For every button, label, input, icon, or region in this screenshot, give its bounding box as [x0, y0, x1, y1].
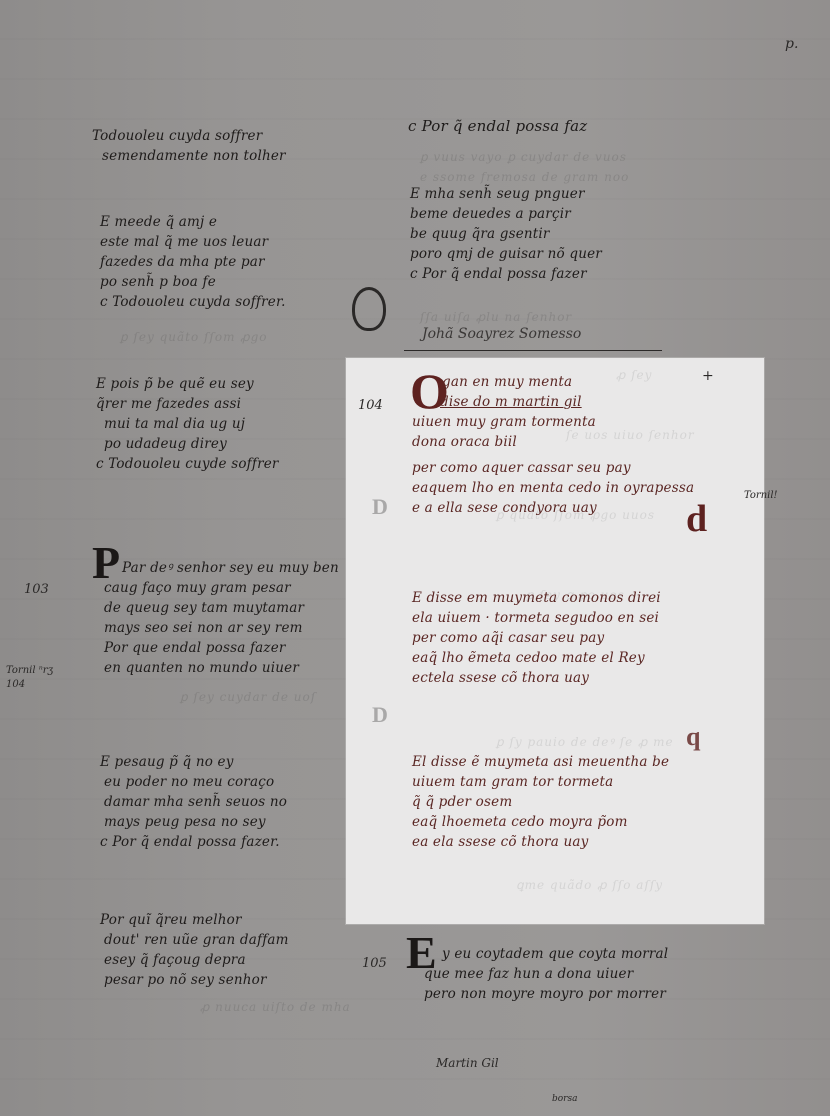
- right-stanza-1: c Por q̃ endal possa faz: [408, 116, 587, 136]
- left-stanza-3: E pois p̃ be quẽ eu sey q̃rer me fazedes…: [96, 374, 279, 474]
- verse-line: damar mha senh̃ seuos no: [104, 792, 287, 812]
- verse-line: po senh̃ p boa fe: [100, 272, 286, 292]
- highlight-stanza-3: El disse ẽ muymeta asi meuentha be uiuem…: [412, 752, 669, 852]
- verse-line: be quug q̃ra gsentir: [410, 224, 602, 244]
- red-initial-q: q: [686, 724, 700, 750]
- verse-line: E mha senh̃ seug pnguer: [410, 184, 602, 204]
- right-stanza-2: E mha senh̃ seug pnguer beme deuedes a p…: [410, 184, 602, 284]
- highlight-stanza-2: E disse em muymeta comonos direi ela uiu…: [412, 588, 661, 688]
- manuscript-page: ꝑ vuus vayo ꝑ cuydar de vuos e ssome fre…: [0, 0, 830, 1116]
- verse-line: uiuen muy gram tormenta: [412, 412, 694, 432]
- verse-line: c Por q̃ endal possa fazer.: [100, 832, 287, 852]
- margin-note: Tornil ⁿrʒ 104: [6, 664, 72, 692]
- verse-line: Por quĩ q̃reu melhor: [100, 910, 289, 930]
- bleed-through-text: ꝑ ſy pauio de deꝰ ſe ꝓ me: [496, 733, 674, 750]
- verse-line: esey q̃ façoug depra: [104, 950, 289, 970]
- margin-note: Tornil!: [744, 490, 778, 501]
- verse-line: Por que endal possa fazer: [104, 638, 339, 658]
- verse-line: poro qmj de guisar nõ quer: [410, 244, 602, 264]
- verse-line: po udadeug direy: [104, 434, 279, 454]
- verse-line: c Por q̃ endal possa faz: [408, 116, 587, 136]
- left-stanza-6: Por quĩ q̃reu melhor dout' ren uũe gran …: [100, 910, 289, 990]
- verse-line: Todouoleu cuyda soffrer: [92, 126, 286, 146]
- poem-number: 103: [24, 582, 49, 597]
- verse-line: per como aquer cassar seu pay: [412, 458, 694, 478]
- author-rubric: Johã Soayrez Somesso: [422, 326, 581, 342]
- verse-line: semendamente non tolher: [102, 146, 286, 166]
- signature-note: Martin Gil: [436, 1056, 499, 1070]
- verse-line: E pois p̃ be quẽ eu sey: [96, 374, 279, 394]
- verse-line: mays peug pesa no sey: [104, 812, 287, 832]
- bleed-through-text: ꝗme quãdo ꝓ ſſo aſſy: [516, 878, 663, 892]
- verse-line: ela uiuem · tormeta segudoo en sei: [412, 608, 661, 628]
- bottom-right-stanza: y eu coytadem que coyta morral que mee f…: [424, 944, 668, 1004]
- verse-line: caug faço muy gram pesar: [104, 578, 339, 598]
- bleed-through-text: ꝑ ſey cuydar de uoſ: [180, 690, 316, 704]
- verse-line: E pesaug p̃ q̃ no ey: [100, 752, 287, 772]
- verse-line: pero non moyre moyro por morrer: [424, 984, 668, 1004]
- verse-line: c Todouoleu cuyda soffrer.: [100, 292, 286, 312]
- verse-line: ea ela ssese cõ thora uay: [412, 832, 669, 852]
- left-stanza-2: E meede q̃ amj e este mal q̃ me uos leua…: [100, 212, 286, 312]
- verse-line: beme deuedes a parçir: [410, 204, 602, 224]
- bleed-through-text: ꝓ nuuca uiſto de mha: [200, 1000, 351, 1014]
- bleed-through-text: ꝑ ſey quãto ſſom ꝓgo: [120, 330, 268, 344]
- poem-number: 104: [358, 398, 383, 413]
- red-initial-d: d: [686, 500, 707, 538]
- verse-line: gan en muy menta: [442, 372, 694, 392]
- left-stanza-4: Par deꝰ senhor sey eu muy ben caug faço …: [104, 558, 339, 678]
- faint-initial: D: [372, 702, 388, 728]
- verse-line: dise do m martin gil: [440, 392, 694, 412]
- verse-line: Par deꝰ senhor sey eu muy ben: [122, 558, 339, 578]
- bleed-through-text: e ssome fremosa de gram noo: [420, 170, 629, 184]
- folio-mark: p.: [785, 36, 798, 52]
- author-rule: [404, 350, 662, 351]
- verse-line: eu poder no meu coraço: [104, 772, 287, 792]
- left-stanza-1: Todouoleu cuyda soffrer semendamente non…: [92, 126, 286, 166]
- verse-line: pesar po nõ sey senhor: [104, 970, 289, 990]
- verse-line: c Todouoleu cuyde soffrer: [96, 454, 279, 474]
- bleed-through-text: ſſa uiſa ꝓlu na ſenhor: [420, 310, 572, 324]
- poem-number: 105: [362, 956, 387, 971]
- verse-line: q̃ q̃ pder osem: [412, 792, 669, 812]
- verse-line: que mee faz hun a dona uiuer: [424, 964, 668, 984]
- verse-line: dout' ren uũe gran daffam: [104, 930, 289, 950]
- left-stanza-5: E pesaug p̃ q̃ no ey eu poder no meu cor…: [100, 752, 287, 852]
- verse-line: eaquem lho en menta cedo in oyrapessa: [412, 478, 694, 498]
- verse-line: mays seo sei non ar sey rem: [104, 618, 339, 638]
- verse-line: eaq̃ lho ẽmeta cedoo mate el Rey: [412, 648, 661, 668]
- verse-line: e a ella sese condyora uay: [412, 498, 694, 518]
- verse-line: eaq̃ lhoemeta cedo moyra p̃om: [412, 812, 669, 832]
- verse-line: c Por q̃ endal possa fazer: [410, 264, 602, 284]
- verse-line: dona oraca biil: [412, 432, 694, 452]
- cross-mark: +: [702, 368, 714, 384]
- verse-line: ectela ssese cõ thora uay: [412, 668, 661, 688]
- verse-line: fazedes da mha pte par: [100, 252, 286, 272]
- verse-line: El disse ẽ muymeta asi meuentha be: [412, 752, 669, 772]
- verse-line: q̃rer me fazedes assi: [96, 394, 279, 414]
- verse-line: y eu coytadem que coyta morral: [442, 944, 668, 964]
- verse-line: este mal q̃ me uos leuar: [100, 232, 286, 252]
- verse-line: E disse em muymeta comonos direi: [412, 588, 661, 608]
- verse-line: en quanten no mundo uiuer: [104, 658, 339, 678]
- sub-note: borsa: [552, 1094, 577, 1104]
- verse-line: de queug sey tam muytamar: [104, 598, 339, 618]
- highlight-stanza-1: gan en muy menta dise do m martin gil ui…: [412, 372, 694, 518]
- unfilled-initial-o: [352, 287, 386, 331]
- verse-line: E meede q̃ amj e: [100, 212, 286, 232]
- verse-line: mui ta mal dia ug uj: [104, 414, 279, 434]
- bleed-through-text: ꝑ vuus vayo ꝑ cuydar de vuos: [420, 150, 627, 164]
- faint-initial: D: [372, 494, 388, 520]
- verse-line: uiuem tam gram tor tormeta: [412, 772, 669, 792]
- verse-line: per como aq̃i casar seu pay: [412, 628, 661, 648]
